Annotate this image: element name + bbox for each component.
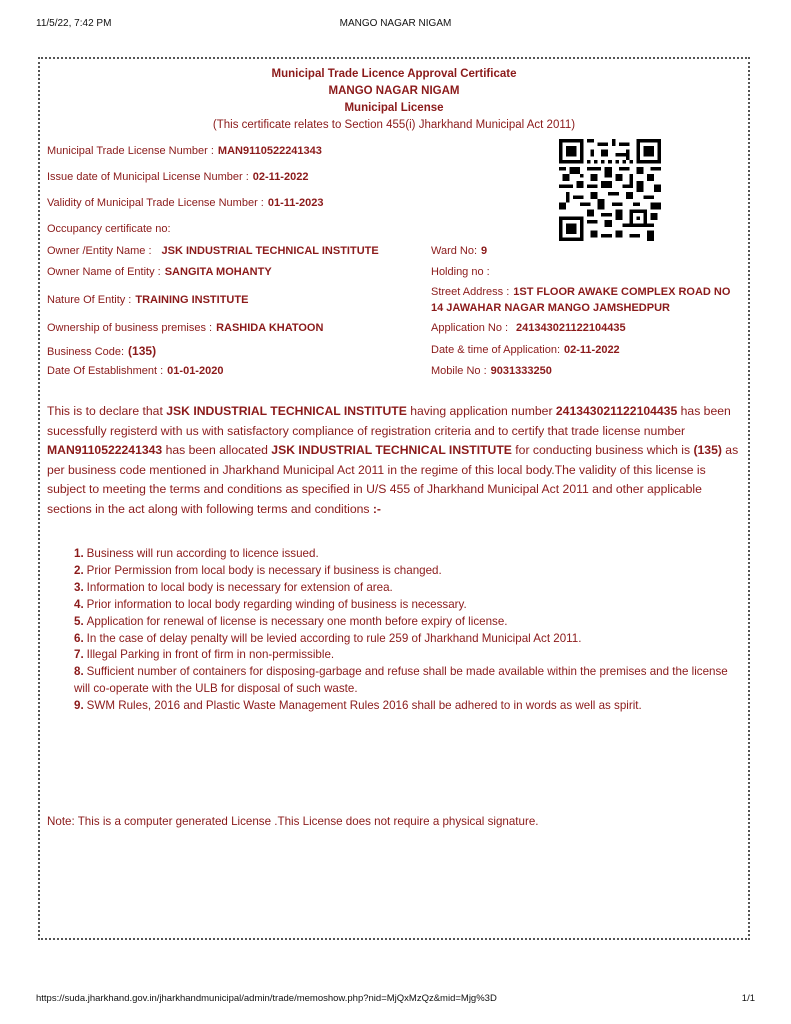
field-owner-name: Owner Name of Entity :SANGITA MOHANTY	[47, 266, 272, 278]
term-item: 1.Business will run according to licence…	[74, 546, 744, 563]
declaration-application-number: 241343021122104435	[556, 404, 677, 418]
term-item: 6.In the case of delay penalty will be l…	[74, 631, 744, 648]
page-url: https://suda.jharkhand.gov.in/jharkhandm…	[36, 993, 497, 1004]
field-nature-of-entity: Nature Of Entity :TRAINING INSTITUTE	[47, 294, 248, 306]
certificate-act-note: (This certificate relates to Section 455…	[40, 119, 748, 131]
field-street-address: Street Address :1ST FLOOR AWAKE COMPLEX …	[431, 286, 730, 298]
declaration-license-number: MAN9110522241343	[47, 443, 162, 457]
print-footer: https://suda.jharkhand.gov.in/jharkhandm…	[36, 993, 755, 1007]
field-street-address-line2: 14 JAWAHAR NAGAR MANGO JAMSHEDPUR	[431, 302, 670, 314]
term-item: 4.Prior information to local body regard…	[74, 597, 744, 614]
field-holding-no: Holding no :	[431, 266, 494, 278]
field-mobile-no: Mobile No :9031333250	[431, 365, 552, 377]
certificate-title: Municipal Trade Licence Approval Certifi…	[40, 68, 748, 80]
field-occupancy-certificate: Occupancy certificate no:	[47, 223, 175, 235]
field-ward-no: Ward No:9	[431, 245, 487, 257]
certificate: Municipal Trade Licence Approval Certifi…	[38, 57, 750, 940]
qr-code-icon	[558, 139, 662, 241]
field-issue-date: Issue date of Municipal License Number :…	[47, 171, 308, 183]
declaration-entity-name-2: JSK INDUSTRIAL TECHNICAL INSTITUTE	[271, 443, 512, 457]
term-item: 5.Application for renewal of license is …	[74, 614, 744, 631]
field-application-no: Application No :241343021122104435	[431, 322, 626, 334]
computer-generated-note: Note: This is a computer generated Licen…	[47, 815, 539, 828]
term-item: 3.Information to local body is necessary…	[74, 580, 744, 597]
term-item: 7.Illegal Parking in front of firm in no…	[74, 647, 744, 664]
field-business-code: Business Code:(135)	[47, 344, 156, 358]
print-title: MANGO NAGAR NIGAM	[36, 18, 755, 29]
field-trade-license-number: Municipal Trade License Number :MAN91105…	[47, 145, 322, 157]
field-date-of-establishment: Date Of Establishment :01-01-2020	[47, 365, 223, 377]
field-application-date: Date & time of Application:02-11-2022	[431, 344, 620, 356]
print-header: 11/5/22, 7:42 PM MANGO NAGAR NIGAM	[36, 18, 755, 32]
field-validity: Validity of Municipal Trade License Numb…	[47, 197, 324, 209]
declaration-entity-name: JSK INDUSTRIAL TECHNICAL INSTITUTE	[166, 404, 407, 418]
field-owner-entity-name: Owner /Entity Name :JSK INDUSTRIAL TECHN…	[47, 245, 379, 257]
term-item: 2.Prior Permission from local body is ne…	[74, 563, 744, 580]
field-business-premises-ownership: Ownership of business premises :RASHIDA …	[47, 322, 323, 334]
page-count: 1/1	[742, 993, 755, 1004]
declaration-business-code: (135)	[693, 443, 721, 457]
term-item: 8.Sufficient number of containers for di…	[74, 664, 744, 698]
certificate-authority: MANGO NAGAR NIGAM	[40, 85, 748, 97]
terms-list: 1.Business will run according to licence…	[74, 546, 744, 715]
certificate-subtitle: Municipal License	[40, 102, 748, 114]
declaration-paragraph: This is to declare that JSK INDUSTRIAL T…	[47, 402, 747, 520]
term-item: 9.SWM Rules, 2016 and Plastic Waste Mana…	[74, 698, 744, 715]
